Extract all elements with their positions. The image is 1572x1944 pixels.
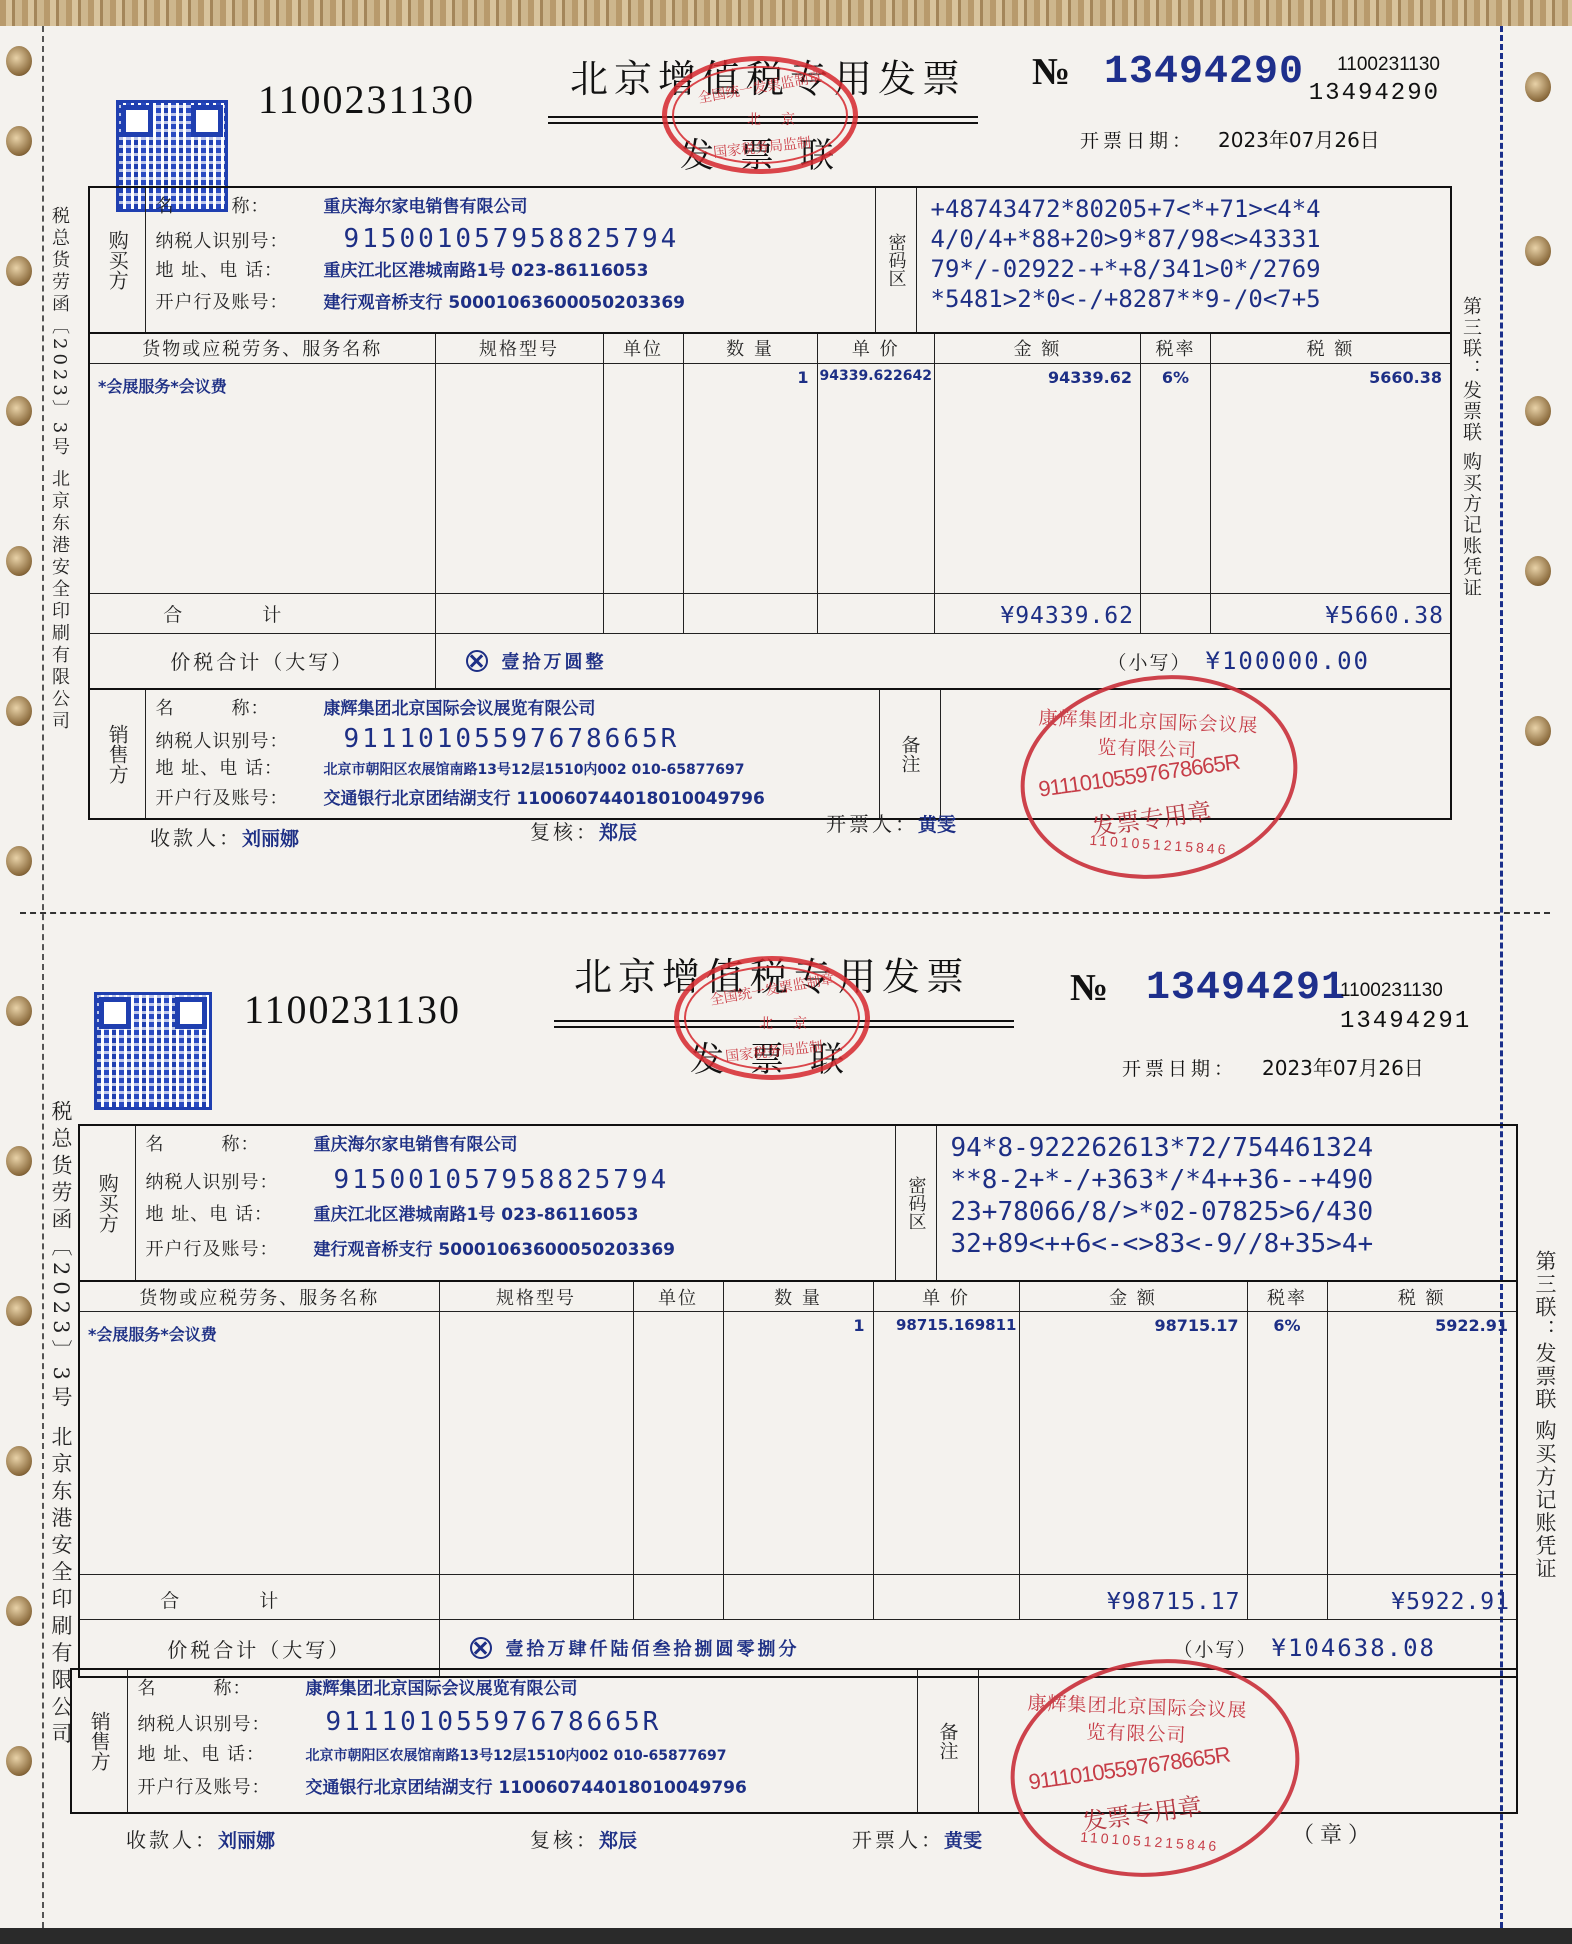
- seller-name: 康辉集团北京国际会议展览有限公司: [324, 694, 596, 719]
- sum-values: 壹拾万圆整 （小写）¥100000.00: [435, 633, 1451, 689]
- invoice-2: 1100231130 北京增值税专用发票 发票联 全国统一发票监制章 北京 国家…: [40, 920, 1500, 1920]
- invoice-date: 2023年07月26日: [1218, 124, 1380, 153]
- empty-cell: [1247, 1574, 1327, 1619]
- invoice-1: 1100231130 北京增值税专用发票 发票联 全国统一发票监制章 北京 国家…: [40, 26, 1500, 906]
- stamp-serial: 1101051215846: [1080, 1829, 1220, 1855]
- buyer-name-label: 名 称：: [146, 1130, 314, 1156]
- seller-name: 康辉集团北京国际会议展览有限公司: [306, 1674, 578, 1699]
- col-amount: 金 额: [934, 333, 1140, 363]
- tear-line: [20, 912, 1550, 914]
- stamp-text: 全国统一发票监制章: [708, 968, 836, 1010]
- sum-small: ¥100000.00: [1206, 647, 1371, 675]
- sum-wrap: 壹拾万肆仟陆佰叁拾捌圆零捌分 （小写）¥104638.08: [440, 1634, 1517, 1662]
- buyer-bank: 建行观音桥支行 50001063600050203369: [324, 288, 686, 313]
- tax-bureau-stamp: 全国统一发票监制章 北京 国家税务局监制: [662, 56, 858, 174]
- sum-small-label: （小写）: [1173, 1639, 1257, 1661]
- remark-tag: 备注: [879, 689, 940, 819]
- buyer-taxid-label: 纳税人识别号：: [156, 227, 324, 253]
- col-spec: 规格型号: [435, 333, 603, 363]
- buyer-address: 重庆江北区港城南路1号 023-86116053: [324, 256, 649, 281]
- sum-capital-wrap: 壹拾万圆整: [436, 648, 607, 674]
- seller-tag: 销售方: [89, 689, 145, 819]
- invoice-code-small: 1100231130: [1280, 54, 1440, 76]
- seal-suffix: （章）: [1292, 1818, 1376, 1849]
- seller-address: 北京市朝阳区农展馆南路13号12层1510内002 010-65877697: [324, 759, 745, 779]
- perforation-hole-icon: [6, 546, 32, 576]
- item-spec: [435, 363, 603, 593]
- sum-small-wrap: （小写）¥100000.00: [1107, 647, 1450, 675]
- col-spec: 规格型号: [439, 1281, 633, 1312]
- perforation-hole-icon: [6, 46, 32, 76]
- reviewer-name: 郑辰: [599, 822, 637, 844]
- item-qty: 1: [723, 1312, 873, 1575]
- seller-bank: 交通银行北京团结湖支行 110060744018010049796: [324, 784, 765, 809]
- perforation-hole-icon: [1525, 236, 1551, 266]
- cipher-line: **8-2+*-/+363*/*4++36--+490: [951, 1164, 1503, 1196]
- item-row: *会展服务*会议费 1 94339.622642 94339.62 6% 566…: [89, 363, 1451, 593]
- stamp-text: 国家税务局监制: [724, 1036, 824, 1066]
- empty-cell: [439, 1574, 633, 1619]
- cipher-area: +48743472*80205+7<*+71><4*44/0/4+*88+20>…: [916, 187, 1451, 333]
- seller-address-label: 地 址、电 话：: [138, 1740, 306, 1766]
- payee-name: 刘丽娜: [242, 828, 299, 850]
- cipher-line: 23+78066/8/>*02-07825>6/430: [951, 1196, 1503, 1228]
- buyer-section: 购买方 名 称：重庆海尔家电销售有限公司 纳税人识别号：915001057958…: [88, 186, 1452, 334]
- empty-cell: [1140, 593, 1210, 633]
- invoice-code-small: 1100231130: [1340, 980, 1500, 1002]
- col-price: 单 价: [873, 1281, 1019, 1312]
- seller-taxid-label: 纳税人识别号：: [138, 1710, 306, 1736]
- perforation-hole-icon: [6, 1596, 32, 1626]
- qr-code-icon: [94, 992, 212, 1110]
- payee-name: 刘丽娜: [218, 1830, 275, 1852]
- drawer: 开票人：黄雯: [852, 1824, 982, 1853]
- col-rate: 税率: [1247, 1281, 1327, 1312]
- item-row: *会展服务*会议费 1 98715.169811 98715.17 6% 592…: [79, 1312, 1517, 1575]
- cipher-area: 94*8-922262613*72/754461324**8-2+*-/+363…: [936, 1125, 1517, 1281]
- item-name: *会展服务*会议费: [89, 363, 435, 593]
- buyer-section: 购买方 名 称：重庆海尔家电销售有限公司 纳税人识别号：915001057958…: [78, 1124, 1518, 1282]
- col-unit: 单位: [633, 1281, 723, 1312]
- sum-small-label: （小写）: [1107, 652, 1191, 674]
- perforation-hole-icon: [6, 396, 32, 426]
- total-amount: ¥98715.17: [1019, 1574, 1247, 1619]
- buyer-taxid: 915001057958825794: [314, 1165, 670, 1195]
- col-price: 单 价: [817, 333, 934, 363]
- col-tax: 税 额: [1327, 1281, 1517, 1312]
- cipher-line: 4/0/4+*88+20>9*87/98<>43331: [931, 224, 1437, 254]
- empty-cell: [633, 1574, 723, 1619]
- remark-tag: 备注: [917, 1669, 978, 1813]
- seller-bank: 交通银行北京团结湖支行 110060744018010049796: [306, 1773, 747, 1798]
- sum-small: ¥104638.08: [1272, 1634, 1437, 1662]
- perforation-hole-icon: [1525, 396, 1551, 426]
- invoice-number-small: 13494290: [1280, 80, 1440, 107]
- payee-label: 收款人：: [126, 1828, 218, 1852]
- seller-name-label: 名 称：: [138, 1674, 306, 1700]
- perforation-hole-icon: [6, 126, 32, 156]
- copy-purpose-text: 第三联：发票联 购买方记账凭证: [1458, 296, 1485, 666]
- reviewer-label: 复核：: [530, 1828, 599, 1852]
- invoice-number: 13494291: [1146, 966, 1346, 1011]
- buyer-bank-label: 开户行及账号：: [146, 1235, 314, 1261]
- cardboard-edge: [0, 0, 1572, 26]
- sum-wrap: 壹拾万圆整 （小写）¥100000.00: [436, 647, 1451, 675]
- background-edge: [0, 1928, 1572, 1944]
- cipher-line: *5481>2*0<-/+8287**9-/0<7+5: [931, 284, 1437, 314]
- cipher-line: +48743472*80205+7<*+71><4*4: [931, 194, 1437, 224]
- col-tax: 税 额: [1210, 333, 1451, 363]
- copy-purpose-text: 第三联：发票联 购买方记账凭证: [1530, 1250, 1560, 1670]
- cipher-line: 94*8-922262613*72/754461324: [951, 1132, 1503, 1164]
- cipher-line: 79*/-02922-+*+8/341>0*/2769: [931, 254, 1437, 284]
- empty-cell: [873, 1574, 1019, 1619]
- item-tax: 5922.91: [1327, 1312, 1517, 1575]
- col-qty: 数 量: [683, 333, 817, 363]
- stamp-serial: 1101051215846: [1089, 832, 1229, 858]
- sum-label: 价税合计（大写）: [89, 633, 435, 689]
- empty-cell: [683, 593, 817, 633]
- buyer-name-label: 名 称：: [156, 192, 324, 218]
- buyer-tag: 购买方: [79, 1125, 135, 1281]
- stamp-text: 全国统一发票监制章: [696, 66, 824, 108]
- seller-fields: 名 称：康辉集团北京国际会议展览有限公司 纳税人识别号：911101055976…: [127, 1669, 917, 1813]
- item-rate: 6%: [1247, 1312, 1327, 1575]
- payee-label: 收款人：: [150, 826, 242, 850]
- buyer-tag: 购买方: [89, 187, 145, 333]
- buyer-address-label: 地 址、电 话：: [156, 256, 324, 282]
- item-name: *会展服务*会议费: [79, 1312, 439, 1575]
- stamp-id: 91110105597678665R: [1027, 1742, 1231, 1796]
- number-mark: №: [1032, 50, 1070, 94]
- item-amount: 98715.17: [1019, 1312, 1247, 1575]
- invoice-number: 13494290: [1104, 50, 1304, 95]
- cipher-line: 32+89<++6<-<>83<-9//8+35>4+: [951, 1228, 1503, 1260]
- reviewer: 复核：郑辰: [530, 816, 637, 845]
- seller-taxid-label: 纳税人识别号：: [156, 727, 324, 753]
- perforation-hole-icon: [6, 256, 32, 286]
- perforation-hole-icon: [6, 846, 32, 876]
- buyer-address-label: 地 址、电 话：: [146, 1200, 314, 1226]
- left-perforation-strip: [0, 26, 44, 1928]
- empty-cell: [435, 593, 603, 633]
- tax-bureau-stamp: 全国统一发票监制章 北京 国家税务局监制: [674, 956, 870, 1080]
- sum-row: 价税合计（大写） 壹拾万圆整 （小写）¥100000.00: [89, 633, 1451, 689]
- perforation-hole-icon: [6, 996, 32, 1026]
- reviewer: 复核：郑辰: [530, 1824, 637, 1853]
- buyer-fields: 名 称：重庆海尔家电销售有限公司 纳税人识别号：9150010579588257…: [135, 1125, 895, 1281]
- buyer-taxid-label: 纳税人识别号：: [146, 1168, 314, 1194]
- stamp-text: 国家税务局监制: [712, 132, 812, 162]
- seller-bank-label: 开户行及账号：: [138, 1773, 306, 1799]
- drawer: 开票人：黄雯: [826, 808, 956, 837]
- perforation-hole-icon: [6, 696, 32, 726]
- item-price: 94339.622642: [817, 363, 934, 593]
- col-rate: 税率: [1140, 333, 1210, 363]
- invoice-number-small: 13494291: [1340, 1008, 1500, 1035]
- total-row: 合计 ¥94339.62 ¥5660.38: [89, 593, 1451, 633]
- drawer-name: 黄雯: [944, 1830, 982, 1852]
- invoice-date: 2023年07月26日: [1262, 1052, 1424, 1081]
- buyer-bank-label: 开户行及账号：: [156, 288, 324, 314]
- drawer-label: 开票人：: [852, 1828, 944, 1852]
- seller-name-label: 名 称：: [156, 694, 324, 720]
- perforation-hole-icon: [6, 1446, 32, 1476]
- empty-cell: [603, 593, 683, 633]
- empty-cell: [817, 593, 934, 633]
- sum-capital-wrap: 壹拾万肆仟陆佰叁拾捌圆零捌分: [440, 1635, 800, 1661]
- sum-capital: 壹拾万肆仟陆佰叁拾捌圆零捌分: [506, 1639, 800, 1660]
- seller-tag: 销售方: [71, 1669, 127, 1813]
- stamp-text: 北京: [759, 1013, 827, 1033]
- cipher-tag: 密码区: [875, 187, 916, 333]
- reviewer-label: 复核：: [530, 820, 599, 844]
- sum-small-wrap: （小写）¥104638.08: [1173, 1634, 1516, 1662]
- seller-address-label: 地 址、电 话：: [156, 754, 324, 780]
- drawer-label: 开票人：: [826, 812, 918, 836]
- buyer-taxid: 915001057958825794: [324, 224, 680, 254]
- total-label: 合计: [79, 1574, 439, 1619]
- cipher-tag: 密码区: [895, 1125, 936, 1281]
- stamp-name: 康辉集团北京国际会议展览有限公司: [1026, 1688, 1248, 1750]
- stamp-text: 北京: [747, 109, 815, 129]
- item-unit: [633, 1312, 723, 1575]
- items-table: 货物或应税劳务、服务名称 规格型号 单位 数 量 单 价 金 额 税率 税 额 …: [88, 332, 1452, 690]
- item-amount: 94339.62: [934, 363, 1140, 593]
- perforation-hole-icon: [1525, 72, 1551, 102]
- col-unit: 单位: [603, 333, 683, 363]
- item-unit: [603, 363, 683, 593]
- item-price: 98715.169811: [873, 1312, 1019, 1575]
- perforation-hole-icon: [1525, 716, 1551, 746]
- item-spec: [439, 1312, 633, 1575]
- perforation-hole-icon: [6, 1146, 32, 1176]
- col-amount: 金 额: [1019, 1281, 1247, 1312]
- buyer-fields: 名 称：重庆海尔家电销售有限公司 纳税人识别号：9150010579588257…: [145, 187, 875, 333]
- items-table: 货物或应税劳务、服务名称 规格型号 单位 数 量 单 价 金 额 税率 税 额 …: [78, 1280, 1518, 1678]
- col-item: 货物或应税劳务、服务名称: [89, 333, 435, 363]
- perforation-hole-icon: [6, 1746, 32, 1776]
- item-rate: 6%: [1140, 363, 1210, 593]
- sum-capital: 壹拾万圆整: [502, 652, 607, 673]
- empty-cell: [723, 1574, 873, 1619]
- printer-margin-text: 税总货劳函〔2023〕3号 北京东港安全印刷有限公司: [46, 206, 72, 826]
- cross-circle-icon: [466, 650, 488, 672]
- payee: 收款人：刘丽娜: [126, 1824, 275, 1853]
- total-label: 合计: [89, 593, 435, 633]
- seller-taxid: 91110105597678665R: [324, 724, 680, 754]
- seller-fields: 名 称：康辉集团北京国际会议展览有限公司 纳税人识别号：911101055976…: [145, 689, 879, 819]
- date-label: 开票日期：: [1080, 126, 1195, 153]
- col-qty: 数 量: [723, 1281, 873, 1312]
- item-qty: 1: [683, 363, 817, 593]
- seller-bank-label: 开户行及账号：: [156, 784, 324, 810]
- payee: 收款人：刘丽娜: [150, 822, 299, 851]
- total-row: 合计 ¥98715.17 ¥5922.91: [79, 1574, 1517, 1619]
- buyer-bank: 建行观音桥支行 50001063600050203369: [314, 1235, 676, 1260]
- buyer-address: 重庆江北区港城南路1号 023-86116053: [314, 1200, 639, 1225]
- reviewer-name: 郑辰: [599, 1830, 637, 1852]
- buyer-name: 重庆海尔家电销售有限公司: [324, 192, 528, 217]
- number-mark: №: [1070, 966, 1108, 1010]
- item-tax: 5660.38: [1210, 363, 1451, 593]
- total-tax: ¥5660.38: [1210, 593, 1451, 633]
- drawer-name: 黄雯: [918, 814, 956, 836]
- total-tax: ¥5922.91: [1327, 1574, 1517, 1619]
- seller-address: 北京市朝阳区农展馆南路13号12层1510内002 010-65877697: [306, 1745, 727, 1765]
- invoice-code: 1100231130: [258, 76, 475, 123]
- perforation-hole-icon: [6, 1296, 32, 1326]
- total-amount: ¥94339.62: [934, 593, 1140, 633]
- seller-section: 销售方 名 称：康辉集团北京国际会议展览有限公司 纳税人识别号：91110105…: [70, 1668, 1518, 1814]
- seller-taxid: 91110105597678665R: [306, 1707, 662, 1737]
- date-label: 开票日期：: [1122, 1054, 1237, 1081]
- cross-circle-icon: [470, 1637, 492, 1659]
- invoice-code: 1100231130: [244, 986, 461, 1033]
- col-item: 货物或应税劳务、服务名称: [79, 1281, 439, 1312]
- buyer-name: 重庆海尔家电销售有限公司: [314, 1130, 518, 1155]
- perforation-hole-icon: [1525, 556, 1551, 586]
